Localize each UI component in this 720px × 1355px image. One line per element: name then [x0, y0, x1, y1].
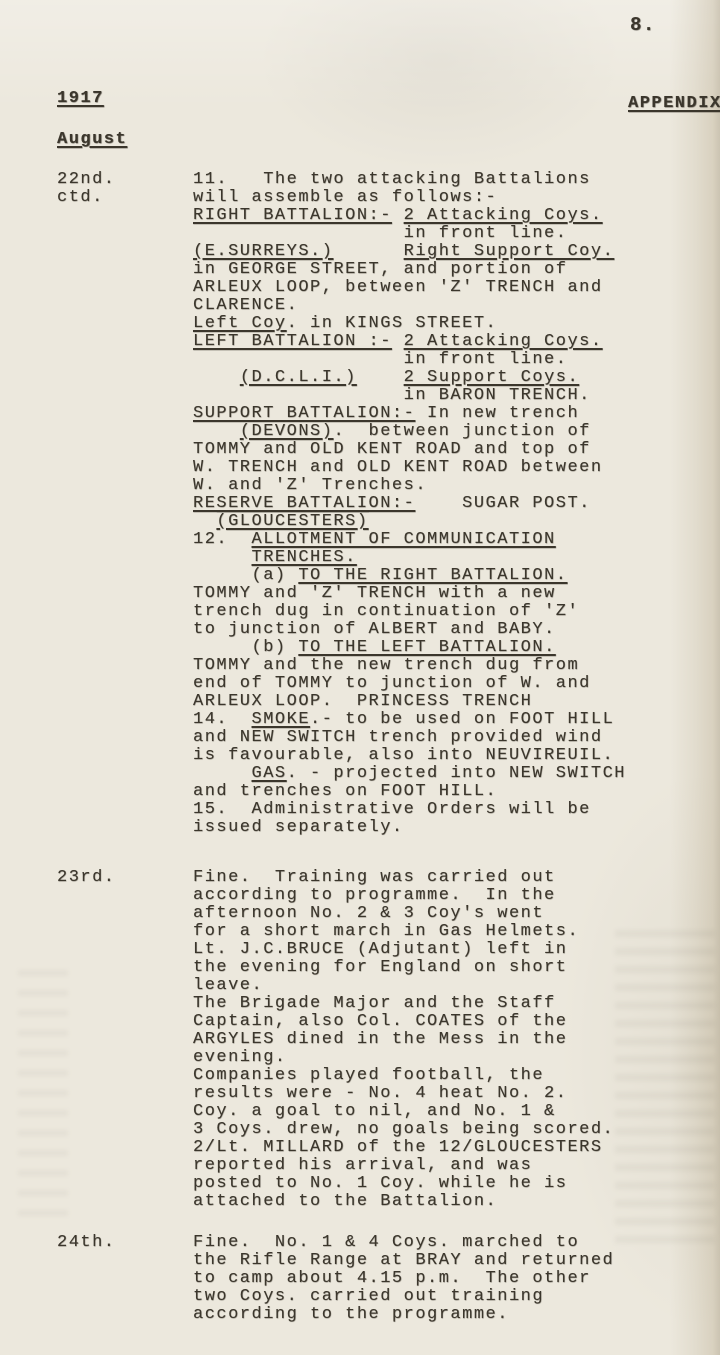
- text-segment: [193, 764, 252, 783]
- text-line: (GLOUCESTERS): [193, 513, 626, 531]
- text-line: Captain, also Col. COATES of the: [193, 1013, 614, 1031]
- underlined-text: RESERVE BATTALION:-: [193, 494, 415, 513]
- entry-body: 11. The two attacking Battalionswill ass…: [193, 171, 626, 837]
- text-segment: for a short march in Gas Helmets.: [193, 922, 579, 941]
- text-line: results were - No. 4 heat No. 2.: [193, 1085, 614, 1103]
- text-segment: ARLEUX LOOP. PRINCESS TRENCH: [193, 692, 532, 711]
- text-line: reported his arrival, and was: [193, 1157, 614, 1175]
- text-segment: [193, 512, 216, 531]
- text-segment: ARGYLES dined in the Mess in the: [193, 1030, 567, 1049]
- text-segment: 15. Administrative Orders will be: [193, 800, 591, 819]
- underlined-text: 2 Attacking Coys.: [404, 332, 603, 351]
- text-segment: end of TOMMY to junction of W. and: [193, 674, 591, 693]
- text-segment: in front line.: [193, 350, 567, 369]
- text-line: Fine. No. 1 & 4 Coys. marched to: [193, 1234, 614, 1252]
- text-line: RESERVE BATTALION:- SUGAR POST.: [193, 495, 626, 513]
- text-segment: W. TRENCH and OLD KENT ROAD between: [193, 458, 603, 477]
- text-line: two Coys. carried out training: [193, 1288, 614, 1306]
- entry-date-line: ctd.: [57, 189, 116, 207]
- text-segment: in GEORGE STREET, and portion of: [193, 260, 567, 279]
- text-segment: (a): [193, 566, 298, 585]
- text-line: 2/Lt. MILLARD of the 12/GLOUCESTERS: [193, 1139, 614, 1157]
- text-segment: [193, 422, 240, 441]
- text-segment: in BARON TRENCH.: [193, 386, 591, 405]
- text-line: in front line.: [193, 225, 626, 243]
- underlined-text: GAS: [252, 764, 287, 783]
- text-segment: leave.: [193, 976, 263, 995]
- text-segment: trench dug in continuation of 'Z': [193, 602, 579, 621]
- text-line: TOMMY and the new trench dug from: [193, 657, 626, 675]
- text-segment: the evening for England on short: [193, 958, 567, 977]
- text-line: Fine. Training was carried out: [193, 869, 614, 887]
- entry-date-line: 23rd.: [57, 869, 116, 887]
- text-segment: TOMMY and 'Z' TRENCH with a new: [193, 584, 556, 603]
- entry-date: 22nd.ctd.: [57, 171, 116, 207]
- text-line: Left Coy. in KINGS STREET.: [193, 315, 626, 333]
- text-line: and trenches on FOOT HILL.: [193, 783, 626, 801]
- text-segment: ARLEUX LOOP, between 'Z' TRENCH and: [193, 278, 603, 297]
- text-line: according to the programme.: [193, 1306, 614, 1324]
- text-segment: . in KINGS STREET.: [287, 314, 498, 333]
- text-segment: SUGAR POST.: [415, 494, 591, 513]
- text-segment: . - projected into NEW SWITCH: [287, 764, 626, 783]
- text-line: to camp about 4.15 p.m. The other: [193, 1270, 614, 1288]
- text-line: attached to the Battalion.: [193, 1193, 614, 1211]
- text-line: and NEW SWITCH trench provided wind: [193, 729, 626, 747]
- text-segment: Fine. Training was carried out: [193, 868, 556, 887]
- text-segment: issued separately.: [193, 818, 404, 837]
- underlined-text: 2 Attacking Coys.: [404, 206, 603, 225]
- text-line: according to programme. In the: [193, 887, 614, 905]
- text-segment: Captain, also Col. COATES of the: [193, 1012, 567, 1031]
- underlined-text: LEFT BATTALION :-: [193, 332, 392, 351]
- text-line: 14. SMOKE.- to be used on FOOT HILL: [193, 711, 626, 729]
- text-line: 11. The two attacking Battalions: [193, 171, 626, 189]
- text-line: to junction of ALBERT and BABY.: [193, 621, 626, 639]
- text-segment: 11. The two attacking Battalions: [193, 170, 591, 189]
- text-line: Companies played football, the: [193, 1067, 614, 1085]
- text-line: 12. ALLOTMENT OF COMMUNICATION: [193, 531, 626, 549]
- text-segment: Lt. J.C.BRUCE (Adjutant) left in: [193, 940, 567, 959]
- underlined-text: Left Coy: [193, 314, 287, 333]
- text-line: GAS. - projected into NEW SWITCH: [193, 765, 626, 783]
- text-segment: 14.: [193, 710, 252, 729]
- document-page: 8. 1917 APPENDIX August 22nd.ctd.11. The…: [0, 0, 720, 1355]
- month-heading: August: [57, 131, 127, 149]
- text-line: 3 Coys. drew, no goals being scored.: [193, 1121, 614, 1139]
- text-segment: Fine. No. 1 & 4 Coys. marched to: [193, 1233, 579, 1252]
- text-line: issued separately.: [193, 819, 626, 837]
- text-segment: results were - No. 4 heat No. 2.: [193, 1084, 567, 1103]
- year-heading: 1917: [57, 90, 104, 108]
- underlined-text: 2 Support Coys.: [404, 368, 580, 387]
- text-segment: is favourable, also into NEUVIREUIL.: [193, 746, 614, 765]
- text-segment: posted to No. 1 Coy. while he is: [193, 1174, 567, 1193]
- text-segment: attached to the Battalion.: [193, 1192, 497, 1211]
- underlined-text: (GLOUCESTERS): [216, 512, 368, 531]
- text-segment: CLARENCE.: [193, 296, 298, 315]
- underlined-text: ALLOTMENT OF COMMUNICATION: [252, 530, 556, 549]
- entry-date: 24th.: [57, 1234, 116, 1252]
- text-line: W. TRENCH and OLD KENT ROAD between: [193, 459, 626, 477]
- text-line: the Rifle Range at BRAY and returned: [193, 1252, 614, 1270]
- entry-body: Fine. No. 1 & 4 Coys. marched tothe Rifl…: [193, 1234, 614, 1324]
- text-line: evening.: [193, 1049, 614, 1067]
- text-line: 15. Administrative Orders will be: [193, 801, 626, 819]
- underlined-text: TRENCHES.: [252, 548, 357, 567]
- underlined-text: (E.SURREYS.): [193, 242, 333, 261]
- text-line: trench dug in continuation of 'Z': [193, 603, 626, 621]
- text-line: Coy. a goal to nil, and No. 1 &: [193, 1103, 614, 1121]
- text-line: afternoon No. 2 & 3 Coy's went: [193, 905, 614, 923]
- text-line: ARLEUX LOOP, between 'Z' TRENCH and: [193, 279, 626, 297]
- text-segment: The Brigade Major and the Staff: [193, 994, 556, 1013]
- underlined-text: Right Support Coy.: [404, 242, 615, 261]
- text-segment: according to programme. In the: [193, 886, 556, 905]
- entry-date-line: 24th.: [57, 1234, 116, 1252]
- text-line: in BARON TRENCH.: [193, 387, 626, 405]
- page-number: 8.: [630, 16, 656, 34]
- text-line: the evening for England on short: [193, 959, 614, 977]
- text-segment: and NEW SWITCH trench provided wind: [193, 728, 603, 747]
- text-segment: .- to be used on FOOT HILL: [310, 710, 614, 729]
- text-line: SUPPORT BATTALION:- In new trench: [193, 405, 626, 423]
- text-segment: . between junction of: [333, 422, 590, 441]
- text-segment: 2/Lt. MILLARD of the 12/GLOUCESTERS: [193, 1138, 603, 1157]
- text-line: is favourable, also into NEUVIREUIL.: [193, 747, 626, 765]
- text-line: for a short march in Gas Helmets.: [193, 923, 614, 941]
- text-segment: according to the programme.: [193, 1305, 509, 1324]
- text-segment: reported his arrival, and was: [193, 1156, 532, 1175]
- text-segment: In new trench: [415, 404, 579, 423]
- text-line: ARLEUX LOOP. PRINCESS TRENCH: [193, 693, 626, 711]
- entry-date: 23rd.: [57, 869, 116, 887]
- text-segment: evening.: [193, 1048, 287, 1067]
- text-segment: TOMMY and the new trench dug from: [193, 656, 579, 675]
- entry-body: Fine. Training was carried outaccording …: [193, 869, 614, 1211]
- text-segment: 3 Coys. drew, no goals being scored.: [193, 1120, 614, 1139]
- text-segment: [392, 206, 404, 225]
- text-segment: two Coys. carried out training: [193, 1287, 544, 1306]
- text-segment: (b): [193, 638, 298, 657]
- text-segment: [333, 242, 403, 261]
- text-line: Lt. J.C.BRUCE (Adjutant) left in: [193, 941, 614, 959]
- text-line: in front line.: [193, 351, 626, 369]
- text-line: ARGYLES dined in the Mess in the: [193, 1031, 614, 1049]
- text-segment: [193, 548, 252, 567]
- underlined-text: SMOKE: [252, 710, 311, 729]
- text-line: in GEORGE STREET, and portion of: [193, 261, 626, 279]
- underlined-text: SUPPORT BATTALION:-: [193, 404, 415, 423]
- text-segment: afternoon No. 2 & 3 Coy's went: [193, 904, 544, 923]
- text-line: posted to No. 1 Coy. while he is: [193, 1175, 614, 1193]
- text-line: TOMMY and 'Z' TRENCH with a new: [193, 585, 626, 603]
- text-segment: Companies played football, the: [193, 1066, 544, 1085]
- text-line: (a) TO THE RIGHT BATTALION.: [193, 567, 626, 585]
- text-segment: [392, 332, 404, 351]
- text-line: (E.SURREYS.) Right Support Coy.: [193, 243, 626, 261]
- text-line: (DEVONS). between junction of: [193, 423, 626, 441]
- text-segment: in front line.: [193, 224, 567, 243]
- text-segment: [193, 368, 240, 387]
- text-line: end of TOMMY to junction of W. and: [193, 675, 626, 693]
- scan-bleedthrough-artifact: [615, 930, 715, 1250]
- text-line: (D.C.L.I.) 2 Support Coys.: [193, 369, 626, 387]
- text-segment: to camp about 4.15 p.m. The other: [193, 1269, 591, 1288]
- text-segment: W. and 'Z' Trenches.: [193, 476, 427, 495]
- text-line: will assemble as follows:-: [193, 189, 626, 207]
- text-segment: the Rifle Range at BRAY and returned: [193, 1251, 614, 1270]
- text-line: leave.: [193, 977, 614, 995]
- text-line: RIGHT BATTALION:- 2 Attacking Coys.: [193, 207, 626, 225]
- entry-date-line: 22nd.: [57, 171, 116, 189]
- text-segment: TOMMY and OLD KENT ROAD and top of: [193, 440, 591, 459]
- text-segment: Coy. a goal to nil, and No. 1 &: [193, 1102, 556, 1121]
- underlined-text: TO THE RIGHT BATTALION.: [298, 566, 567, 585]
- underlined-text: (DEVONS): [240, 422, 334, 441]
- text-line: CLARENCE.: [193, 297, 626, 315]
- text-segment: to junction of ALBERT and BABY.: [193, 620, 556, 639]
- text-segment: will assemble as follows:-: [193, 188, 497, 207]
- text-line: LEFT BATTALION :- 2 Attacking Coys.: [193, 333, 626, 351]
- underlined-text: (D.C.L.I.): [240, 368, 357, 387]
- text-line: TOMMY and OLD KENT ROAD and top of: [193, 441, 626, 459]
- text-segment: 12.: [193, 530, 252, 549]
- text-segment: [357, 368, 404, 387]
- text-segment: and trenches on FOOT HILL.: [193, 782, 497, 801]
- text-line: TRENCHES.: [193, 549, 626, 567]
- underlined-text: RIGHT BATTALION:-: [193, 206, 392, 225]
- text-line: (b) TO THE LEFT BATTALION.: [193, 639, 626, 657]
- appendix-heading: APPENDIX: [628, 95, 720, 113]
- text-line: The Brigade Major and the Staff: [193, 995, 614, 1013]
- scan-bleedthrough-artifact: [18, 970, 68, 1230]
- text-line: W. and 'Z' Trenches.: [193, 477, 626, 495]
- underlined-text: TO THE LEFT BATTALION.: [298, 638, 555, 657]
